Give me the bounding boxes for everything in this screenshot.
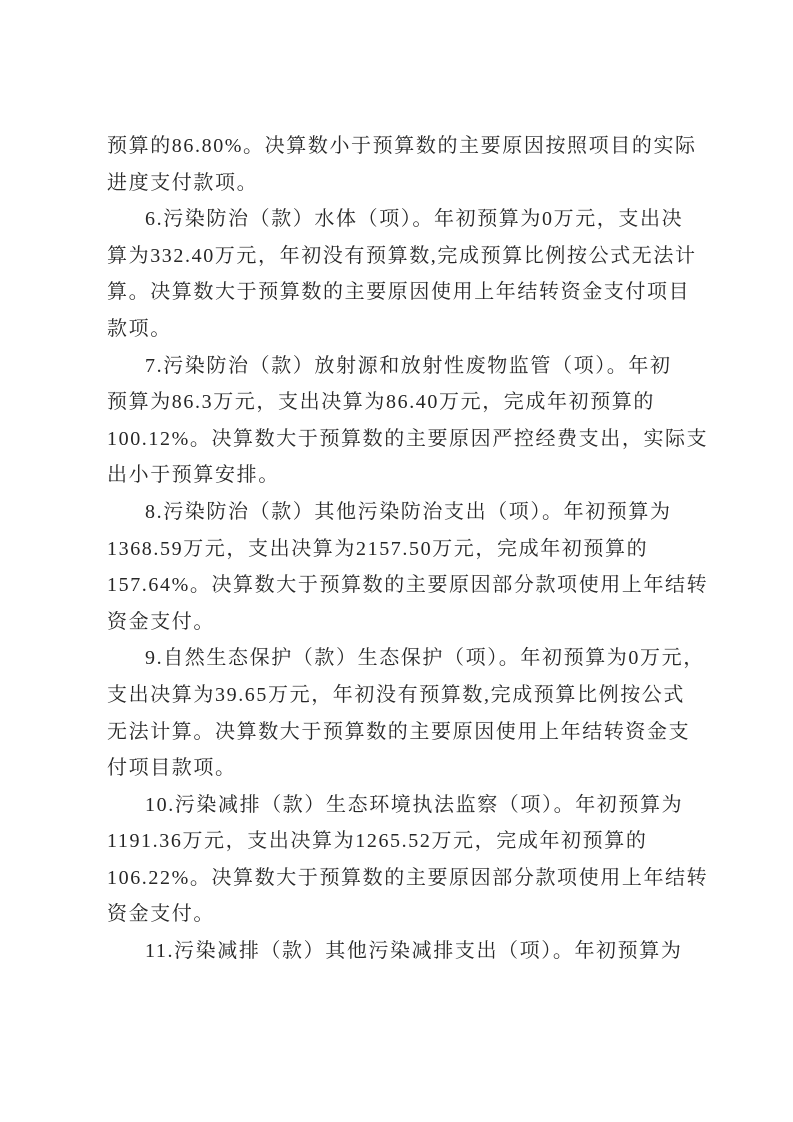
text-line: 106.22%。决算数大于预算数的主要原因部分款项使用上年结转 bbox=[107, 860, 697, 897]
paragraph: 10.污染减排（款）生态环境执法监察（项）。年初预算为1191.36万元，支出决… bbox=[107, 787, 697, 933]
paragraph: 8.污染防治（款）其他污染防治支出（项）。年初预算为1368.59万元，支出决算… bbox=[107, 494, 697, 640]
text-line: 无法计算。决算数大于预算数的主要原因使用上年结转资金支 bbox=[107, 714, 697, 751]
text-line: 支出决算为39.65万元，年初没有预算数,完成预算比例按公式 bbox=[107, 677, 697, 714]
text-line: 预算为86.3万元，支出决算为86.40万元，完成年初预算的 bbox=[107, 384, 697, 421]
document-text-block: 预算的86.80%。决算数小于预算数的主要原因按照项目的实际进度支付款项。6.污… bbox=[107, 128, 697, 970]
text-line: 100.12%。决算数大于预算数的主要原因严控经费支出，实际支 bbox=[107, 421, 697, 458]
text-line: 算为332.40万元，年初没有预算数,完成预算比例按公式无法计 bbox=[107, 238, 697, 275]
text-line: 7.污染防治（款）放射源和放射性废物监管（项）。年初 bbox=[107, 348, 697, 385]
text-line: 157.64%。决算数大于预算数的主要原因部分款项使用上年结转 bbox=[107, 567, 697, 604]
text-line: 资金支付。 bbox=[107, 896, 697, 933]
text-line: 1368.59万元，支出决算为2157.50万元，完成年初预算的 bbox=[107, 531, 697, 568]
text-line: 资金支付。 bbox=[107, 604, 697, 641]
paragraph: 6.污染防治（款）水体（项）。年初预算为0万元，支出决算为332.40万元，年初… bbox=[107, 201, 697, 347]
text-line: 8.污染防治（款）其他污染防治支出（项）。年初预算为 bbox=[107, 494, 697, 531]
text-line: 出小于预算安排。 bbox=[107, 457, 697, 494]
text-line: 付项目款项。 bbox=[107, 750, 697, 787]
paragraph: 7.污染防治（款）放射源和放射性废物监管（项）。年初预算为86.3万元，支出决算… bbox=[107, 348, 697, 494]
text-line: 款项。 bbox=[107, 311, 697, 348]
text-line: 6.污染防治（款）水体（项）。年初预算为0万元，支出决 bbox=[107, 201, 697, 238]
text-line: 算。决算数大于预算数的主要原因使用上年结转资金支付项目 bbox=[107, 274, 697, 311]
text-line: 9.自然生态保护（款）生态保护（项）。年初预算为0万元， bbox=[107, 640, 697, 677]
paragraph: 预算的86.80%。决算数小于预算数的主要原因按照项目的实际进度支付款项。 bbox=[107, 128, 697, 201]
text-line: 预算的86.80%。决算数小于预算数的主要原因按照项目的实际 bbox=[107, 128, 697, 165]
document-page: 预算的86.80%。决算数小于预算数的主要原因按照项目的实际进度支付款项。6.污… bbox=[0, 0, 793, 1122]
text-line: 1191.36万元，支出决算为1265.52万元，完成年初预算的 bbox=[107, 823, 697, 860]
paragraph: 9.自然生态保护（款）生态保护（项）。年初预算为0万元，支出决算为39.65万元… bbox=[107, 640, 697, 786]
text-line: 进度支付款项。 bbox=[107, 165, 697, 202]
paragraph: 11.污染减排（款）其他污染减排支出（项）。年初预算为 bbox=[107, 933, 697, 970]
text-line: 11.污染减排（款）其他污染减排支出（项）。年初预算为 bbox=[107, 933, 697, 970]
text-line: 10.污染减排（款）生态环境执法监察（项）。年初预算为 bbox=[107, 787, 697, 824]
